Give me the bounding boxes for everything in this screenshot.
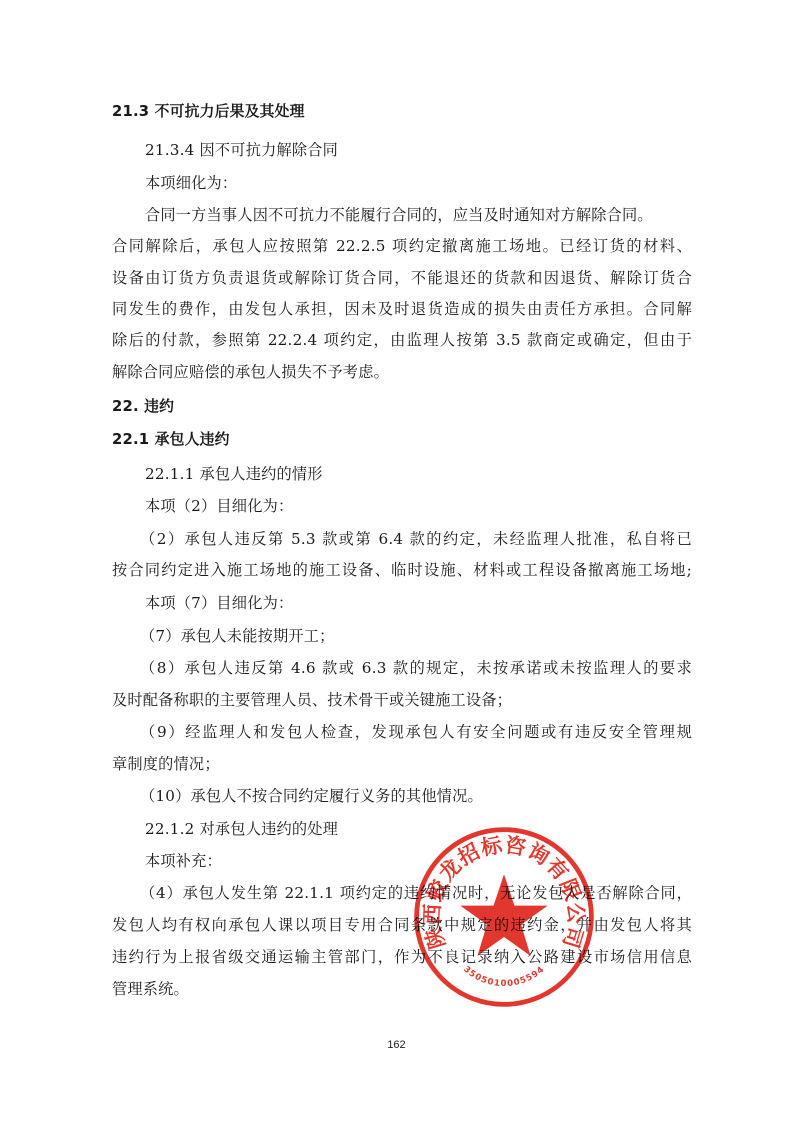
paragraph-line: （2）承包人违反第 5.3 款或第 6.4 款的约定，未经监理人批准，私自将已 <box>140 529 692 549</box>
detail-label: 本项补充： <box>145 851 692 871</box>
list-item: （10）承包人不按合同约定履行义务的其他情况。 <box>140 786 692 806</box>
detail-label: 本项（7）目细化为： <box>145 593 692 613</box>
paragraph-line: 发包人均有权向承包人课以项目专用合同条款中规定的违约金，并由发包人将其 <box>112 915 692 935</box>
list-item: （9）经监理人和发包人检查，发现承包人有安全问题或有违反安全管理规 <box>140 722 692 742</box>
subsection-22-1-1: 22.1.1 承包人违约的情形 <box>145 464 692 484</box>
list-item: （8）承包人违反第 4.6 款或 6.3 款的规定，未按承诺或未按监理人的要求 <box>140 658 692 678</box>
paragraph-line: 管理系统。 <box>112 979 692 999</box>
paragraph-line: 章制度的情况； <box>112 754 692 774</box>
page-number: 162 <box>0 1039 793 1051</box>
paragraph-line: 合同一方当事人因不可抗力不能履行合同的，应当及时通知对方解除合同。 <box>145 205 692 225</box>
list-item: （4）承包人发生第 22.1.1 项约定的违约情况时，无论发包人是否解除合同， <box>140 883 692 903</box>
document-page: 21.3 不可抗力后果及其处理 21.3.4 因不可抗力解除合同 本项细化为： … <box>0 0 793 1122</box>
section-heading-22-1: 22.1 承包人违约 <box>112 430 692 450</box>
section-heading-21-3: 21.3 不可抗力后果及其处理 <box>112 102 692 122</box>
detail-label: 本项细化为： <box>145 173 692 193</box>
detail-label: 本项（2）目细化为： <box>145 496 692 516</box>
paragraph-line: 及时配备称职的主要管理人员、技术骨干或关键施工设备； <box>112 690 692 710</box>
section-heading-22: 22. 违约 <box>112 397 692 417</box>
paragraph-line: 合同解除后，承包人应按照第 22.2.5 项约定撤离施工场地。已经订货的材料、 <box>112 236 692 256</box>
paragraph-line: 解除合同应赔偿的承包人损失不予考虑。 <box>112 362 692 382</box>
list-item: （7）承包人未能按期开工； <box>140 626 692 646</box>
paragraph-line: 除后的付款，参照第 22.2.4 项约定，由监理人按第 3.5 款商定或确定，但… <box>112 330 692 350</box>
paragraph-line: 按合同约定进入施工场地的施工设备、临时设施、材料或工程设备撤离施工场地; <box>112 560 692 580</box>
paragraph-line: 设备由订货方负责退货或解除订货合同，不能退还的货款和因退货、解除订货合 <box>112 268 692 288</box>
paragraph-line: 违约行为上报省级交通运输主管部门，作为不良记录纳入公路建设市场信用信息 <box>112 947 692 967</box>
subsection-22-1-2: 22.1.2 对承包人违约的处理 <box>145 819 692 839</box>
subsection-21-3-4: 21.3.4 因不可抗力解除合同 <box>145 140 692 160</box>
paragraph-line: 同发生的费作，由发包人承担，因未及时退货造成的损失由责任方承担。合同解 <box>112 299 692 319</box>
